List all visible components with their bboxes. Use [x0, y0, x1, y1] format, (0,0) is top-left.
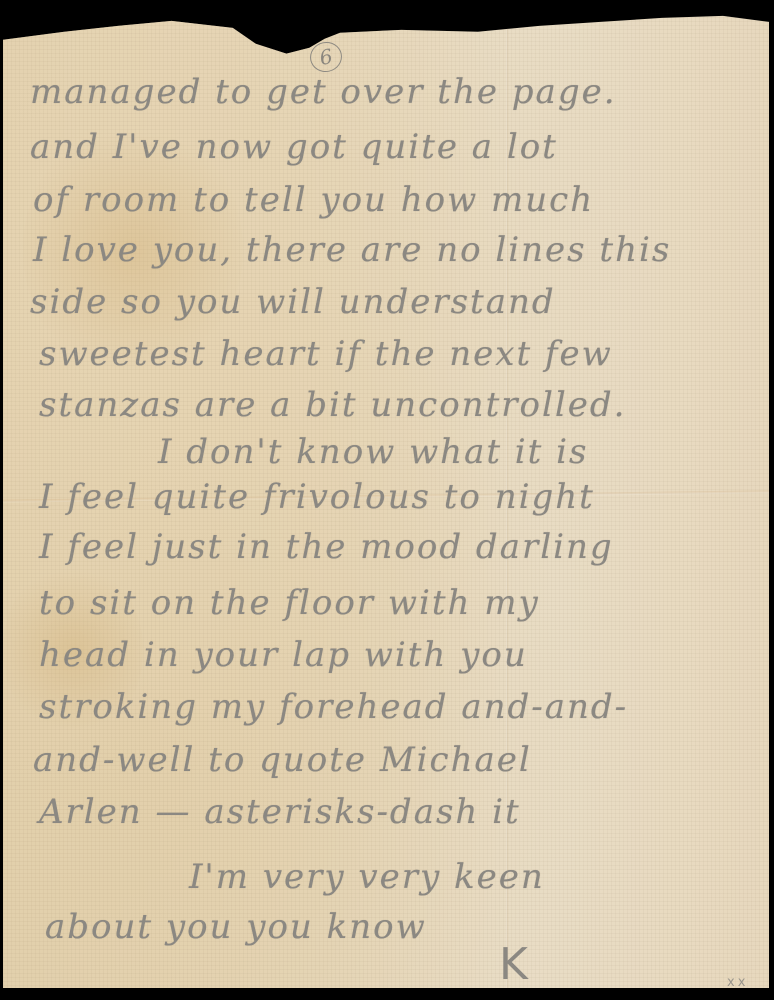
- letter-line: and-well to quote Michael: [33, 743, 532, 777]
- page-number: 6: [307, 39, 345, 75]
- letter-line: about you you know: [45, 910, 427, 944]
- letter-line: to sit on the floor with my: [39, 586, 540, 620]
- letter-line: I don't know what it is: [158, 435, 588, 469]
- letter-line: head in your lap with you: [39, 638, 528, 672]
- letter-line: Arlen — asterisks-dash it: [39, 795, 521, 829]
- letter-line: stroking my forehead and-and-: [39, 690, 628, 724]
- letter-line: of room to tell you how much: [33, 183, 594, 217]
- letter-line: stanzas are a bit uncontrolled.: [39, 388, 626, 422]
- letter-line: and I've now got quite a lot: [30, 130, 558, 164]
- letter-line: I'm very very keen: [189, 860, 545, 894]
- letter-page: 6 managed to get over the page. and I've…: [3, 0, 769, 994]
- letter-line: managed to get over the page.: [30, 75, 617, 109]
- kisses-mark: xx: [727, 975, 748, 990]
- letter-line: side so you will understand: [30, 285, 556, 319]
- signature: K: [499, 943, 528, 987]
- letter-line: sweetest heart if the next few: [39, 337, 613, 371]
- letter-line: I feel quite frivolous to night: [39, 480, 595, 514]
- letter-line: I love you, there are no lines this: [33, 233, 671, 267]
- letter-line: I feel just in the mood darling: [39, 530, 614, 564]
